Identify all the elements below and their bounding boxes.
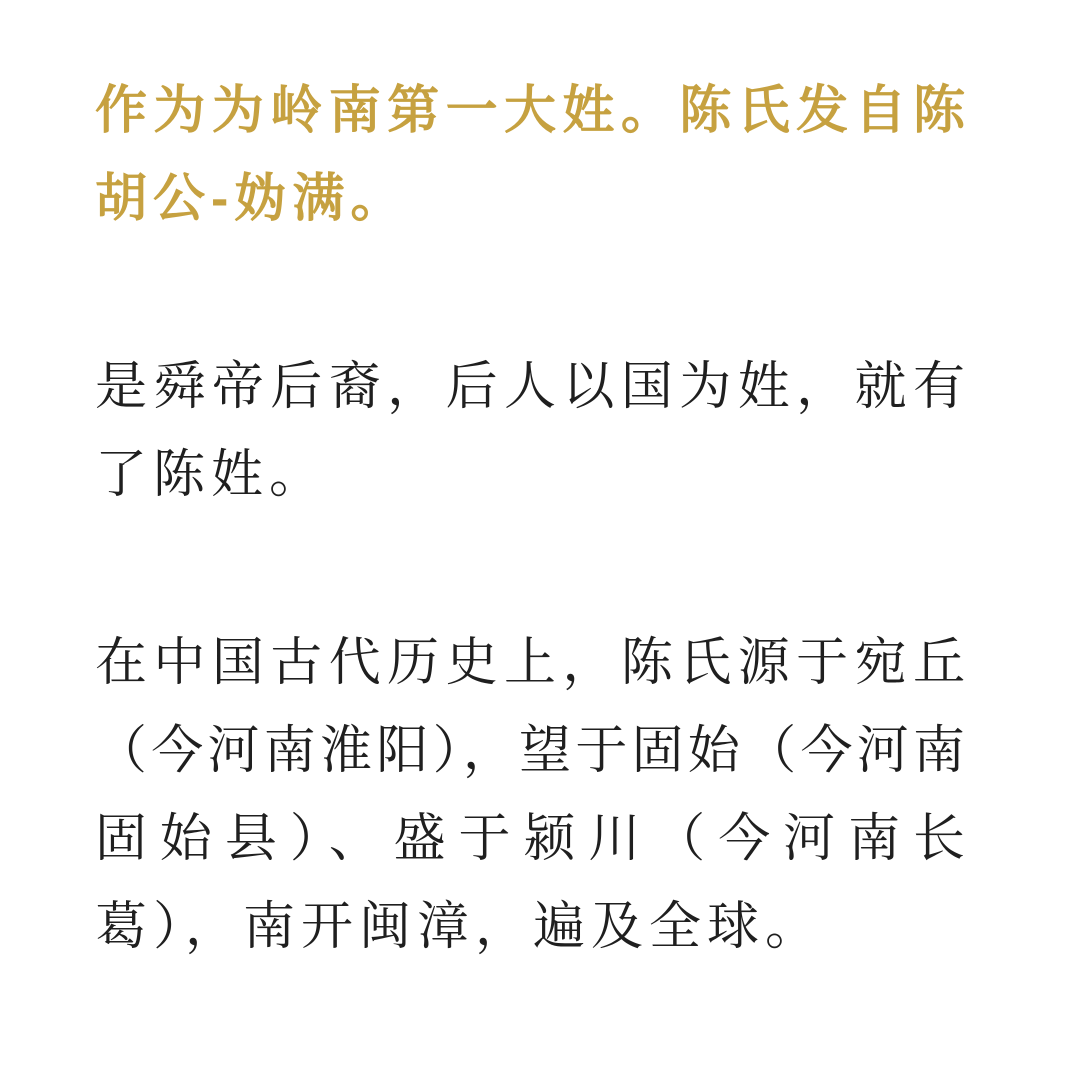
body-paragraph-2: 在中国古代历史上，陈氏源于宛丘 （今河南淮阳），望于固始（今河南 固始县）、盛于…	[95, 619, 965, 971]
text-line: 在中国古代历史上，陈氏源于宛丘	[95, 619, 965, 707]
text-line: 是舜帝后裔，后人以国为姓，就有	[95, 343, 965, 431]
text-line: 作为为岭南第一大姓。陈氏发自陈	[95, 67, 965, 155]
text-line: 葛），南开闽漳，遍及全球。	[95, 883, 965, 971]
text-line: （今河南淮阳），望于固始（今河南	[95, 707, 965, 795]
text-line: 了陈姓。	[95, 431, 965, 519]
text-line: 胡公-妫满。	[95, 155, 965, 243]
text-line: 固始县）、盛于颍川（今河南长	[95, 795, 965, 883]
body-paragraph-1: 是舜帝后裔，后人以国为姓，就有 了陈姓。	[95, 343, 965, 519]
heading-paragraph: 作为为岭南第一大姓。陈氏发自陈 胡公-妫满。	[95, 67, 965, 243]
article: 作为为岭南第一大姓。陈氏发自陈 胡公-妫满。 是舜帝后裔，后人以国为姓，就有 了…	[95, 67, 965, 971]
